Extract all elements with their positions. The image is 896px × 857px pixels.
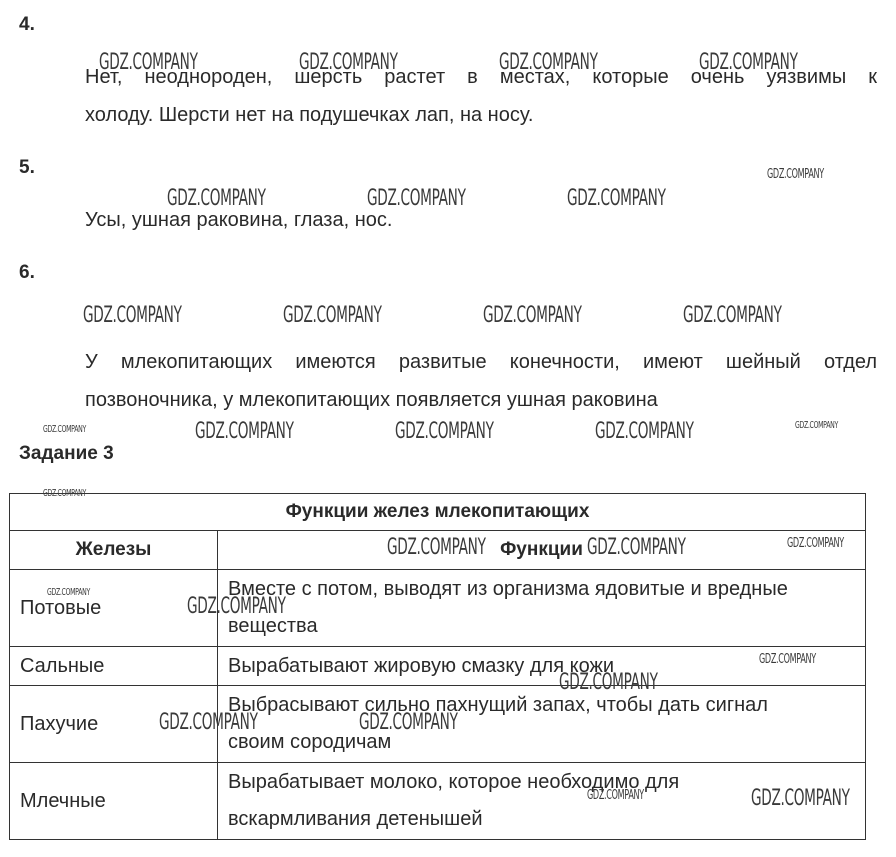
answer-4-line2: холоду. Шерсти нет на подушечках лап, на… <box>85 96 533 134</box>
gland-name: Пахучие <box>10 686 218 763</box>
gland-function-line: вещества <box>228 608 855 645</box>
gland-function-line: Вместе с потом, выводят из организма ядо… <box>228 571 855 608</box>
column-header-functions: Функции <box>218 531 866 570</box>
gland-name: Сальные <box>10 647 218 686</box>
gland-function-line: вскармливания детенышей <box>228 801 855 838</box>
watermark: GDZ.COMPANY <box>283 303 382 328</box>
gland-function: Выбрасывают сильно пахнущий запах, чтобы… <box>218 686 866 763</box>
gland-function-line: Выбрасывают сильно пахнущий запах, чтобы… <box>228 687 855 724</box>
gland-function-line: Вырабатывают жировую смазку для кожи <box>228 655 855 678</box>
answer-4-line1: Нет, неоднороден, шерсть растет в местах… <box>85 58 877 96</box>
watermark: GDZ.COMPANY <box>567 186 666 211</box>
gland-name: Потовые <box>10 570 218 647</box>
watermark: GDZ.COMPANY <box>483 303 582 328</box>
answer-5: Усы, ушная раковина, глаза, нос. <box>85 201 392 239</box>
table-title: Функции желез млекопитающих <box>10 494 866 531</box>
watermark: GDZ.COMPANY <box>83 303 182 328</box>
watermark: GDZ.COMPANY <box>195 419 294 444</box>
watermark: GDZ.COMPANY <box>595 419 694 444</box>
answer-6-line1: У млекопитающих имеются развитые конечно… <box>85 343 877 381</box>
gland-name: Млечные <box>10 763 218 840</box>
watermark: GDZ.COMPANY <box>683 303 782 328</box>
item-number-5: 5. <box>19 157 35 179</box>
table-row: Потовые Вместе с потом, выводят из орган… <box>10 570 866 647</box>
column-header-glands: Железы <box>10 531 218 570</box>
watermark: GDZ.COMPANY <box>395 419 494 444</box>
table-row: Млечные Вырабатывает молоко, которое нео… <box>10 763 866 840</box>
item-number-4: 4. <box>19 14 35 36</box>
gland-function: Вырабатывает молоко, которое необходимо … <box>218 763 866 840</box>
watermark: GDZ.COMPANY <box>767 167 824 182</box>
task-heading: Задание 3 <box>19 443 114 465</box>
glands-table: Функции желез млекопитающих Железы Функц… <box>9 493 866 840</box>
watermark: GDZ.COMPANY <box>795 420 838 431</box>
gland-function-line: Вырабатывает молоко, которое необходимо … <box>228 764 855 801</box>
gland-function-line: своим сородичам <box>228 724 855 761</box>
table-row: Сальные Вырабатывают жировую смазку для … <box>10 647 866 686</box>
item-number-6: 6. <box>19 262 35 284</box>
gland-function: Вместе с потом, выводят из организма ядо… <box>218 570 866 647</box>
gland-function: Вырабатывают жировую смазку для кожи <box>218 647 866 686</box>
answer-6-line2: позвоночника, у млекопитающих появляется… <box>85 381 658 419</box>
table-row: Пахучие Выбрасывают сильно пахнущий запа… <box>10 686 866 763</box>
watermark: GDZ.COMPANY <box>43 424 86 435</box>
